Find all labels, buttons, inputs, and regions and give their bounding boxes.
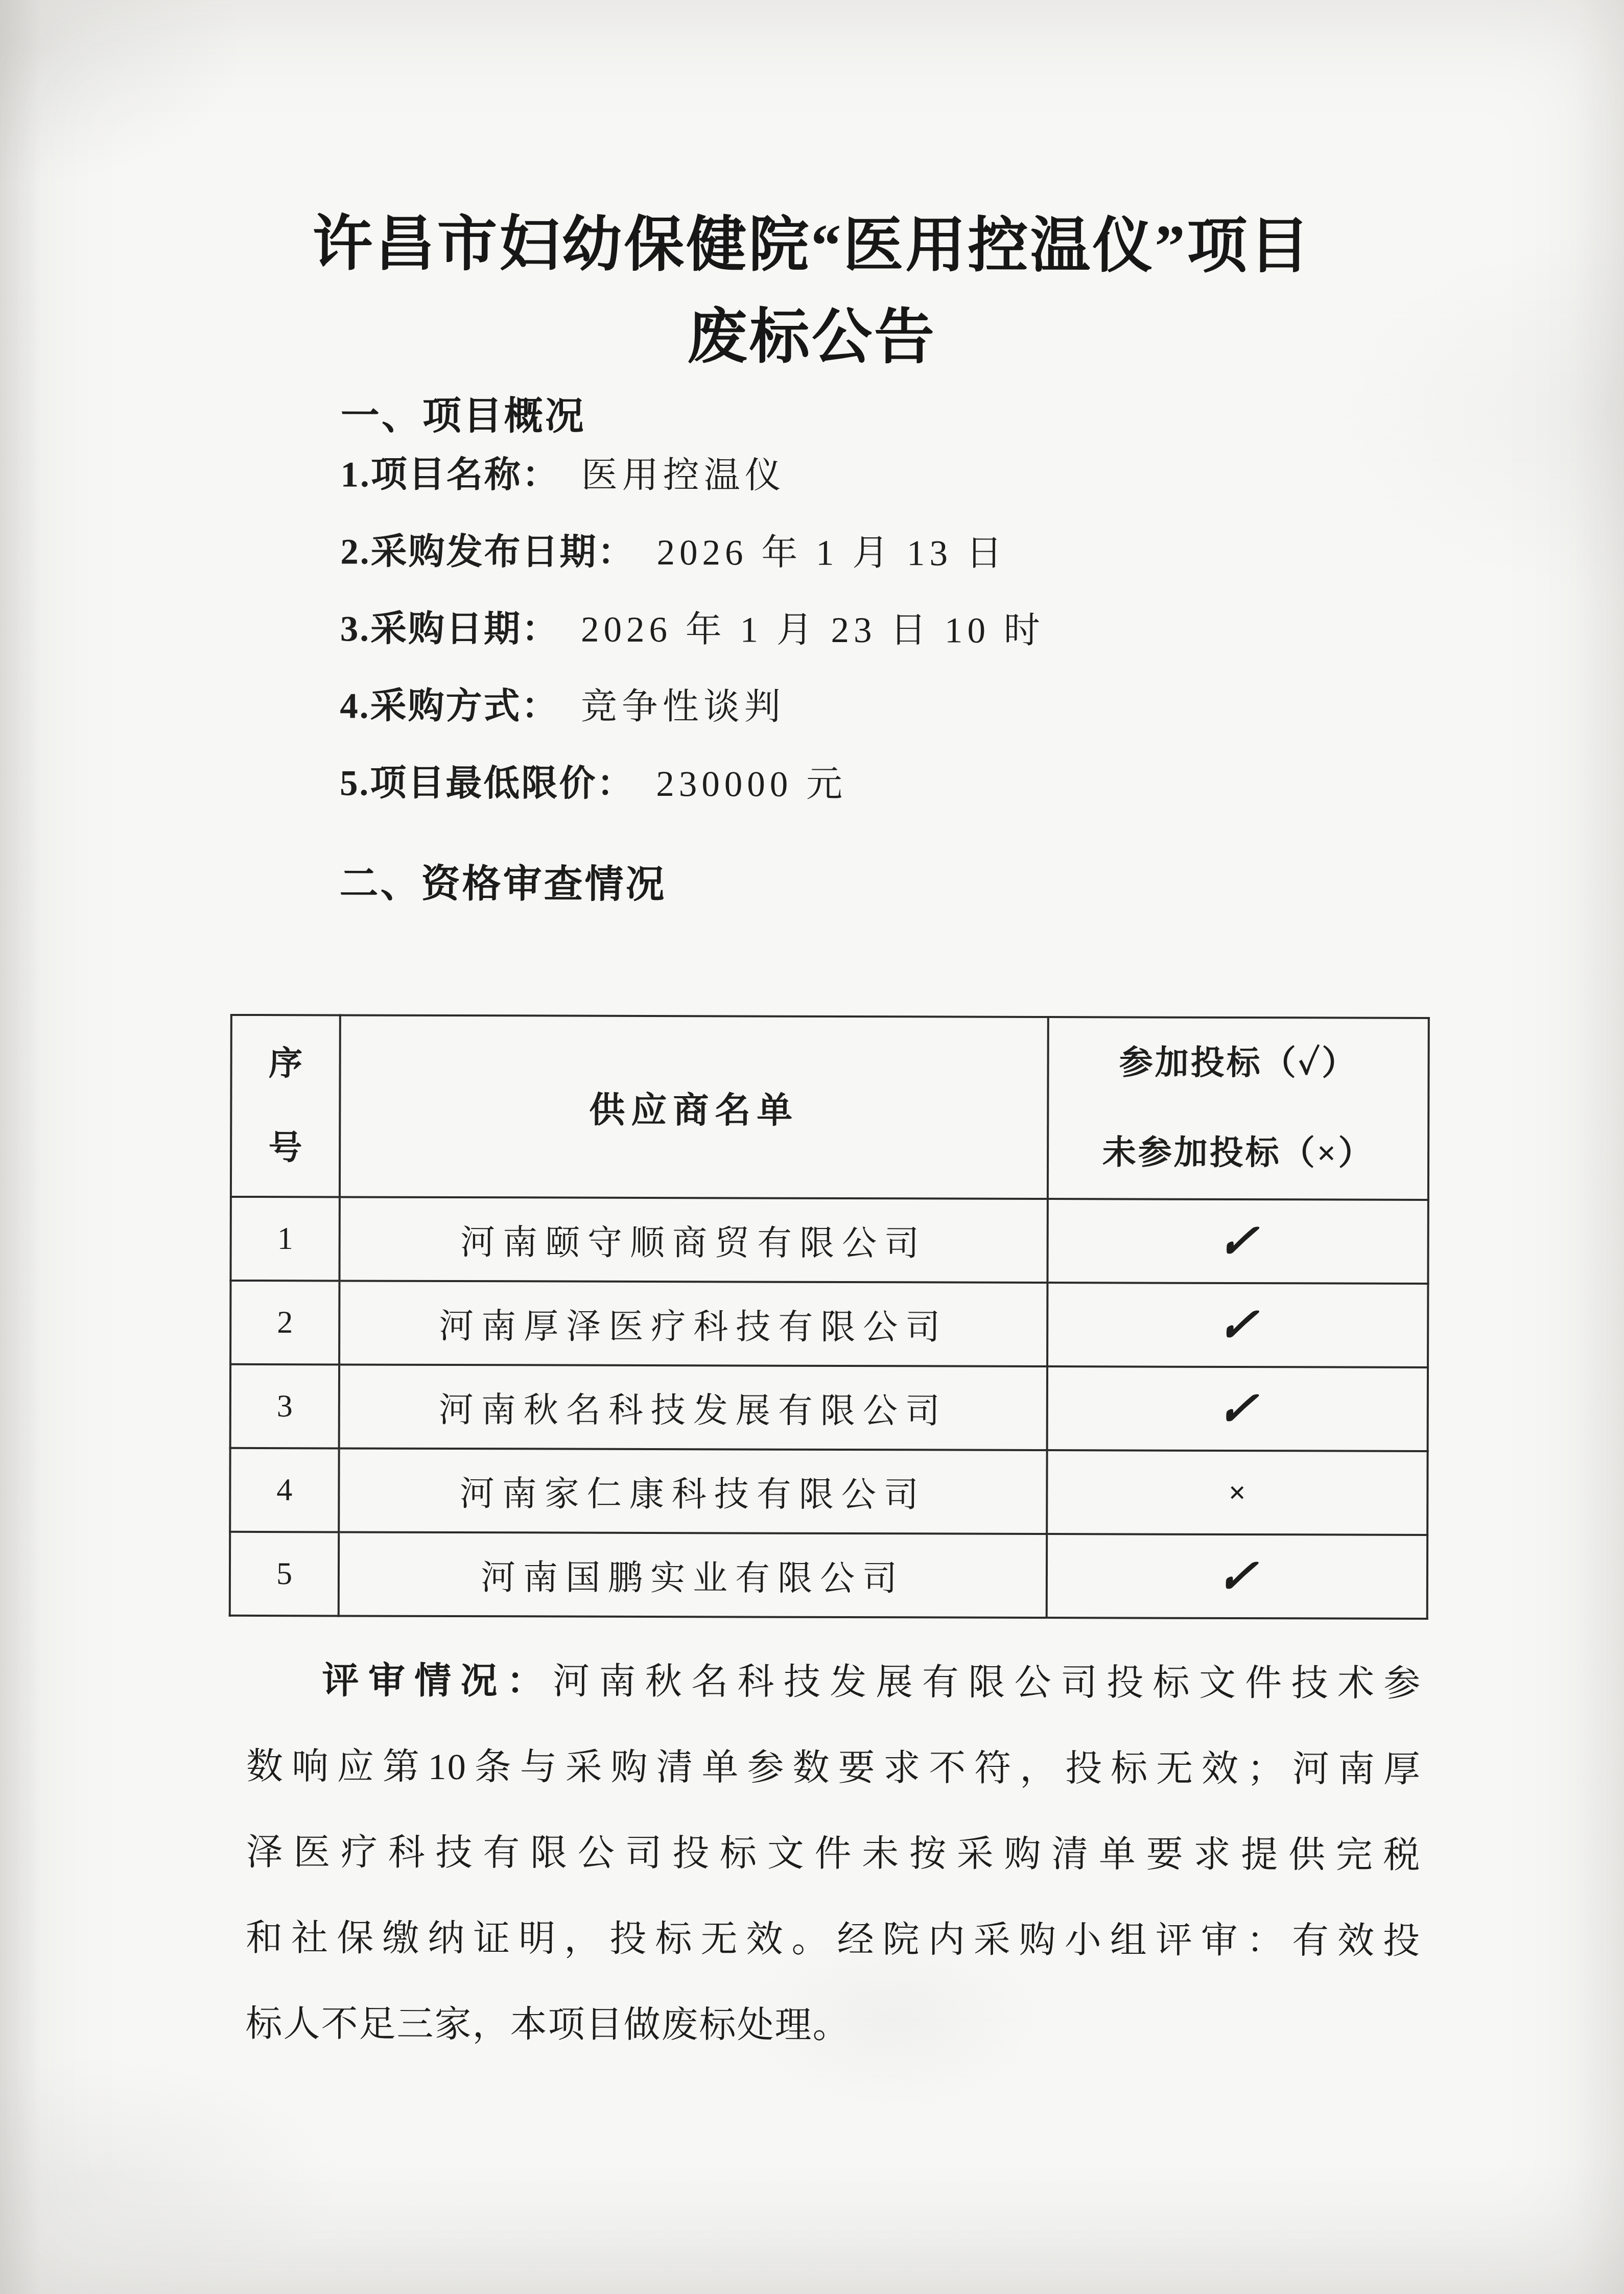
col-header-participation-line1: 参加投标（✓） (1049, 1018, 1427, 1109)
item-price-limit: 5.项目最低限价： 230000 元 (340, 741, 1044, 820)
document-content: 许昌市妇幼保健院“医用控温仪”项目 废标公告 一、项目概况 1.项目名称： 医用… (0, 0, 1624, 2294)
row-participation-mark: ✓ (1043, 1366, 1432, 1451)
review-label: 评审情况： (322, 1660, 553, 1701)
document-title-line2: 废标公告 (0, 290, 1624, 386)
row-participation-mark: ✓ (1042, 1534, 1432, 1619)
item-price-limit-label: 5.项目最低限价： (340, 753, 635, 807)
item-price-limit-value: 230000 元 (656, 754, 847, 807)
table-row: 4 河南家仁康科技有限公司 × (230, 1448, 1427, 1535)
item-publish-date-value: 2026 年 1 月 13 日 (656, 523, 1007, 576)
item-publish-date-label: 2.采购发布日期： (340, 522, 636, 575)
document-title: 许昌市妇幼保健院“医用控温仪”项目 废标公告 (0, 198, 1624, 386)
review-line1-text: 河南秋名科技发展有限公司投标文件技术参 (553, 1661, 1421, 1704)
row-supplier-name: 河南国鹏实业有限公司 (339, 1532, 1047, 1618)
section-heading-qualification-review: 二、资格审查情况 (339, 852, 666, 909)
row-supplier-name: 河南家仁康科技有限公司 (339, 1448, 1047, 1534)
col-header-participation-line2: 未参加投标（×） (1049, 1108, 1427, 1199)
row-seq: 2 (230, 1281, 339, 1365)
row-supplier-name: 河南秋名科技发展有限公司 (339, 1364, 1047, 1450)
item-project-name-label: 1.项目名称： (341, 445, 560, 498)
review-paragraph-line3: 泽医疗科技有限公司投标文件未按采购清单要求提供完税 (246, 1809, 1421, 1898)
table-header-row: 序 号 供应商名单 参加投标（✓） 未参加投标（×） (231, 1015, 1429, 1200)
row-supplier-name: 河南厚泽医疗科技有限公司 (339, 1281, 1047, 1366)
row-participation-mark: ✓ (1043, 1199, 1433, 1284)
row-participation-mark: × (1047, 1450, 1427, 1535)
document-title-line1: 许昌市妇幼保健院“医用控温仪”项目 (0, 198, 1624, 294)
review-paragraph-line4: 和社保缴纳证明，投标无效。经院内采购小组评审：有效投 (246, 1895, 1421, 1984)
item-procurement-date-value: 2026 年 1 月 23 日 10 时 (581, 600, 1045, 653)
item-project-name: 1.项目名称： 医用控温仪 (340, 432, 1045, 511)
col-header-seq-line1: 序 (232, 1022, 339, 1106)
review-paragraph-line5: 标人不足三家，本项目做废标处理。 (245, 1981, 1420, 2070)
table-row: 5 河南国鹏实业有限公司 ✓ (230, 1532, 1427, 1619)
review-paragraph-line2: 数响应第10条与采购清单参数要求不符，投标无效；河南厚 (246, 1723, 1421, 1812)
row-seq: 4 (230, 1448, 339, 1532)
row-participation-mark: ✓ (1043, 1283, 1432, 1367)
row-seq: 1 (230, 1197, 339, 1281)
row-supplier-name: 河南颐守顺商贸有限公司 (339, 1197, 1047, 1283)
item-procurement-method-label: 4.采购方式： (340, 676, 559, 729)
col-header-seq-line2: 号 (232, 1106, 339, 1191)
review-result-paragraph: 评审情况：河南秋名科技发展有限公司投标文件技术参 数响应第10条与采购清单参数要… (245, 1638, 1421, 2070)
table-row: 2 河南厚泽医疗科技有限公司 ✓ (230, 1281, 1428, 1367)
item-procurement-date: 3.采购日期： 2026 年 1 月 23 日 10 时 (340, 586, 1045, 666)
scanned-announcement-page: 许昌市妇幼保健院“医用控温仪”项目 废标公告 一、项目概况 1.项目名称： 医用… (0, 0, 1624, 2294)
col-header-seq: 序 号 (231, 1015, 340, 1197)
item-procurement-method: 4.采购方式： 竞争性谈判 (340, 664, 1044, 743)
row-seq: 5 (230, 1532, 339, 1616)
table-row: 1 河南颐守顺商贸有限公司 ✓ (230, 1197, 1428, 1284)
review-paragraph-line1: 评审情况：河南秋名科技发展有限公司投标文件技术参 (246, 1638, 1421, 1727)
col-header-participation: 参加投标（✓） 未参加投标（×） (1048, 1017, 1429, 1200)
row-seq: 3 (230, 1364, 339, 1449)
item-project-name-value: 医用控温仪 (581, 445, 786, 498)
item-procurement-date-label: 3.采购日期： (340, 599, 560, 652)
item-publish-date: 2.采购发布日期： 2026 年 1 月 13 日 (340, 509, 1045, 588)
supplier-qualification-table: 序 号 供应商名单 参加投标（✓） 未参加投标（×） 1 河南颐守顺商贸有限公司… (229, 1014, 1430, 1620)
col-header-supplier: 供应商名单 (340, 1015, 1048, 1199)
table-row: 3 河南秋名科技发展有限公司 ✓ (230, 1364, 1428, 1451)
project-overview-items: 1.项目名称： 医用控温仪 2.采购发布日期： 2026 年 1 月 13 日 … (340, 432, 1045, 820)
item-procurement-method-value: 竞争性谈判 (581, 677, 785, 729)
